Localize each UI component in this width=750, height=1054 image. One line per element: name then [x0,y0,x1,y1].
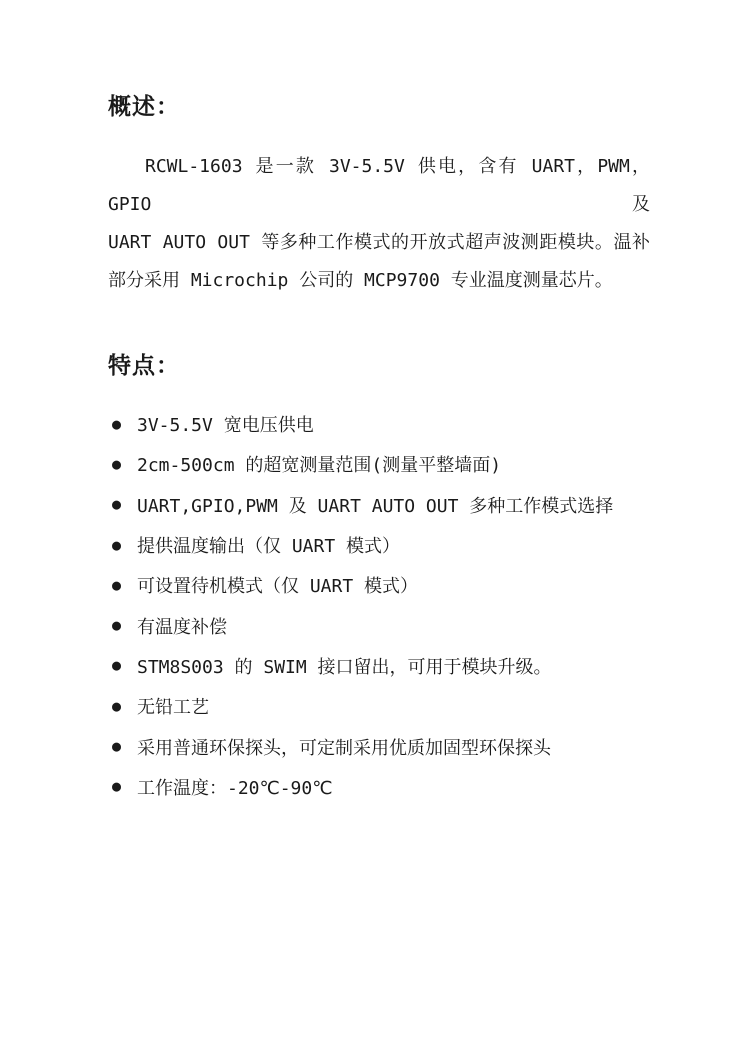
overview-paragraph-line-3: 部分采用 Microchip 公司的 MCP9700 专业温度测量芯片。 [108,262,650,300]
feature-item: ● 工作温度：-20℃-90℃ [108,767,668,807]
bullet-dot-icon: ● [108,739,137,754]
feature-item: ● UART,GPIO,PWM 及 UART AUTO OUT 多种工作模式选择 [108,485,668,525]
feature-text: UART,GPIO,PWM 及 UART AUTO OUT 多种工作模式选择 [137,492,613,518]
document-page: 概述： RCWL-1603 是一款 3V-5.5V 供电，含有 UART，PWM… [0,0,750,1054]
feature-text: 无铅工艺 [137,693,209,719]
feature-item: ● 2cm-500cm 的超宽测量范围(测量平整墙面) [108,444,668,484]
features-heading: 特点： [108,351,180,381]
feature-item: ● STM8S003 的 SWIM 接口留出，可用于模块升级。 [108,646,668,686]
bullet-dot-icon: ● [108,618,137,633]
feature-text: 有温度补偿 [137,613,227,639]
feature-text: STM8S003 的 SWIM 接口留出，可用于模块升级。 [137,653,552,679]
overview-paragraph: RCWL-1603 是一款 3V-5.5V 供电，含有 UART，PWM，GPI… [108,148,650,300]
features-list: ● 3V-5.5V 宽电压供电 ● 2cm-500cm 的超宽测量范围(测量平整… [108,404,668,807]
bullet-dot-icon: ● [108,779,137,794]
feature-text: 3V-5.5V 宽电压供电 [137,411,314,437]
bullet-dot-icon: ● [108,417,137,432]
feature-item: ● 3V-5.5V 宽电压供电 [108,404,668,444]
feature-text: 采用普通环保探头，可定制采用优质加固型环保探头 [137,734,551,760]
feature-text: 工作温度：-20℃-90℃ [137,774,332,800]
overview-paragraph-line-1: RCWL-1603 是一款 3V-5.5V 供电，含有 UART，PWM，GPI… [108,148,650,224]
overview-heading: 概述： [108,92,180,122]
feature-text: 2cm-500cm 的超宽测量范围(测量平整墙面) [137,451,501,477]
bullet-dot-icon: ● [108,497,137,512]
feature-item: ● 有温度补偿 [108,605,668,645]
feature-text: 可设置待机模式（仅 UART 模式） [137,572,418,598]
overview-paragraph-line-2: UART AUTO OUT 等多种工作模式的开放式超声波测距模块。温补 [108,224,650,262]
feature-item: ● 提供温度输出（仅 UART 模式） [108,525,668,565]
bullet-dot-icon: ● [108,699,137,714]
feature-item: ● 采用普通环保探头，可定制采用优质加固型环保探头 [108,726,668,766]
bullet-dot-icon: ● [108,457,137,472]
feature-item: ● 可设置待机模式（仅 UART 模式） [108,565,668,605]
bullet-dot-icon: ● [108,538,137,553]
feature-item: ● 无铅工艺 [108,686,668,726]
bullet-dot-icon: ● [108,658,137,673]
feature-text: 提供温度输出（仅 UART 模式） [137,532,400,558]
bullet-dot-icon: ● [108,578,137,593]
